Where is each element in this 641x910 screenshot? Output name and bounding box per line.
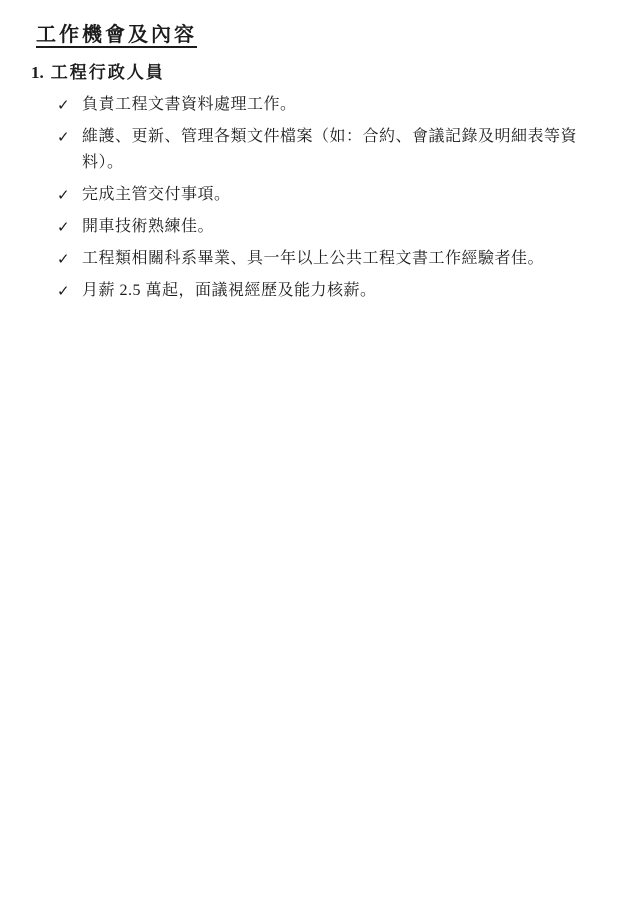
bullet-item: ✓ 工程類相關科系畢業、具一年以上公共工程文書工作經驗者佳。 bbox=[57, 246, 641, 272]
document-page: 工作機會及內容 1.工程行政人員 ✓ 負責工程文書資料處理工作。 ✓ 維護、更新… bbox=[0, 0, 641, 910]
bullet-text: 維護、更新、管理各類文件檔案（如：合約、會議記錄及明細表等資料）。 bbox=[82, 124, 582, 176]
bullet-text: 工程類相關科系畢業、具一年以上公共工程文書工作經驗者佳。 bbox=[82, 246, 544, 272]
checkmark-icon: ✓ bbox=[57, 214, 82, 240]
checkmark-icon: ✓ bbox=[57, 182, 82, 208]
bullet-text: 完成主管交付事項。 bbox=[82, 182, 231, 208]
checkmark-icon: ✓ bbox=[57, 124, 82, 150]
section-number: 1. bbox=[31, 63, 44, 82]
bullet-list: ✓ 負責工程文書資料處理工作。 ✓ 維護、更新、管理各類文件檔案（如：合約、會議… bbox=[0, 92, 641, 304]
bullet-item: ✓ 負責工程文書資料處理工作。 bbox=[57, 92, 641, 118]
section-heading: 1.工程行政人員 bbox=[31, 62, 641, 84]
bullet-item: ✓ 維護、更新、管理各類文件檔案（如：合約、會議記錄及明細表等資料）。 bbox=[57, 124, 641, 176]
checkmark-icon: ✓ bbox=[57, 92, 82, 118]
section-heading-text: 工程行政人員 bbox=[51, 63, 165, 82]
checkmark-icon: ✓ bbox=[57, 278, 82, 304]
bullet-text: 月薪 2.5 萬起，面議視經歷及能力核薪。 bbox=[82, 278, 377, 304]
bullet-item: ✓ 開車技術熟練佳。 bbox=[57, 214, 641, 240]
bullet-text: 負責工程文書資料處理工作。 bbox=[82, 92, 297, 118]
bullet-item: ✓ 月薪 2.5 萬起，面議視經歷及能力核薪。 bbox=[57, 278, 641, 304]
bullet-item: ✓ 完成主管交付事項。 bbox=[57, 182, 641, 208]
checkmark-icon: ✓ bbox=[57, 246, 82, 272]
bullet-text: 開車技術熟練佳。 bbox=[82, 214, 214, 240]
page-title: 工作機會及內容 bbox=[36, 22, 197, 48]
